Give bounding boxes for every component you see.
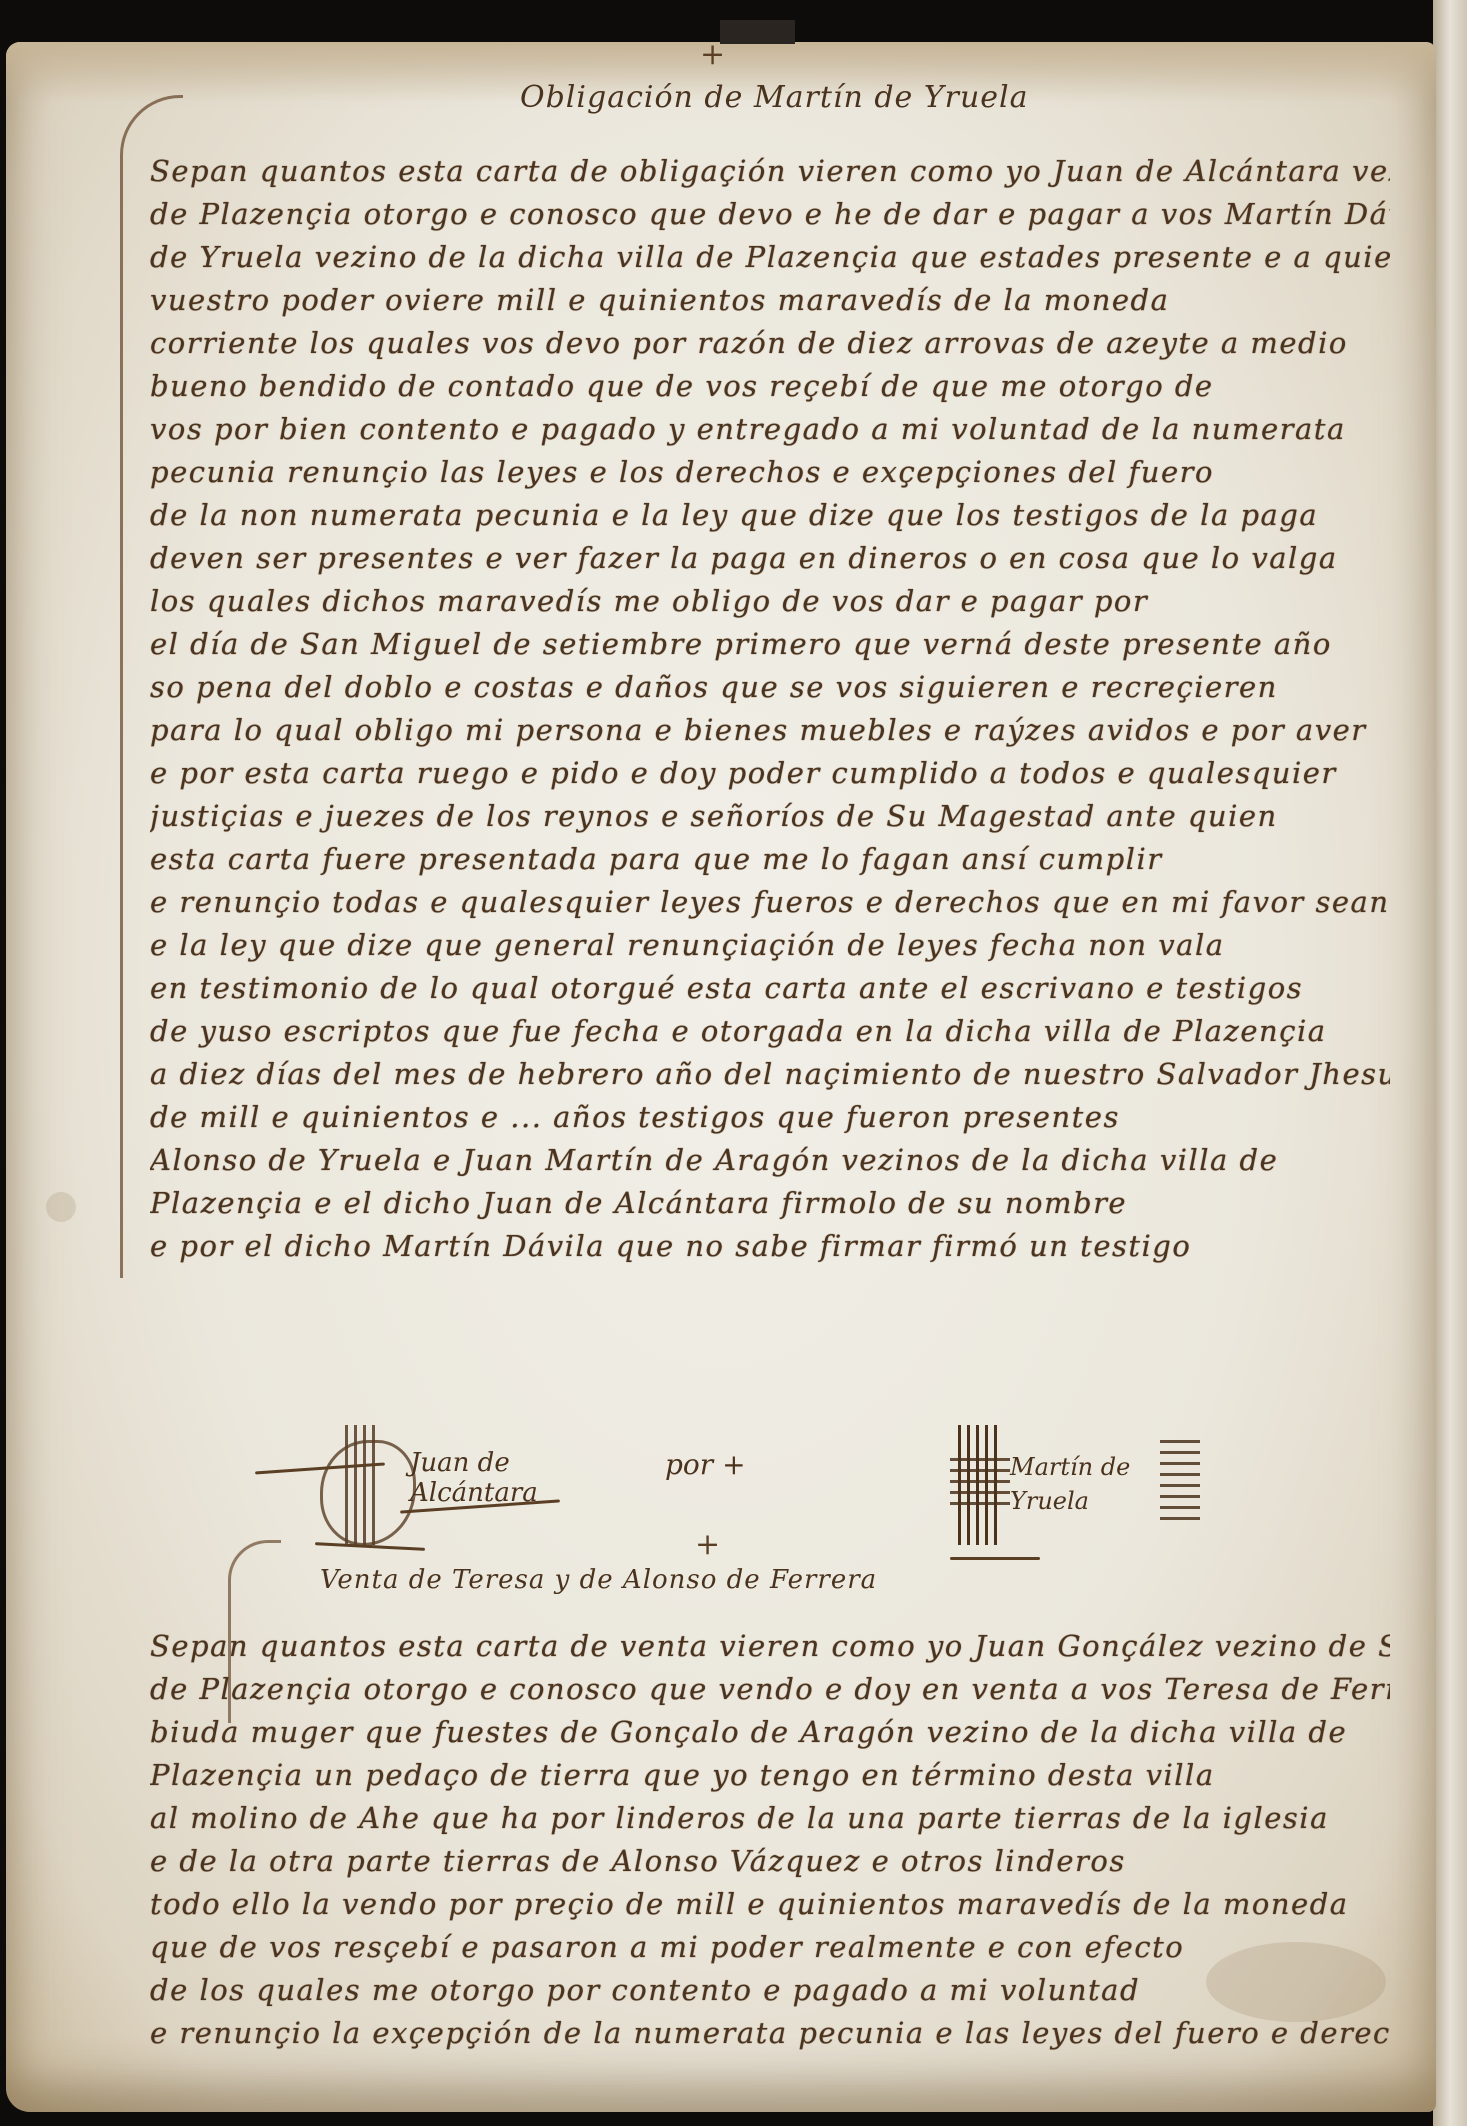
deed-1-line: el día de San Miguel de setiembre primer… [150, 623, 1390, 666]
por-witness-mark: por + [665, 1448, 746, 1481]
signature-rubric-crossbars [1160, 1440, 1200, 1520]
deed-2-line: e renunçio la exçepçión de la numerata p… [150, 2012, 1390, 2055]
deed-1-line: de Yruela vezino de la dicha villa de Pl… [150, 236, 1390, 279]
deed-2-title: Venta de Teresa y de Alonso de Ferrera [320, 1565, 877, 1595]
deed-1-line: Sepan quantos esta carta de obligaçión v… [150, 150, 1390, 193]
header-cross-mark: + [700, 40, 725, 70]
deed-1-line: vuestro poder oviere mill e quinientos m… [150, 279, 1390, 322]
deed-2-line: que de vos resçebí e pasaron a mi poder … [150, 1926, 1390, 1969]
deed-1-line: Plazençia e el dicho Juan de Alcántara f… [150, 1182, 1390, 1225]
deed-1-line: e renunçio todas e qualesquier leyes fue… [150, 881, 1390, 924]
deed-1-line: esta carta fuere presentada para que me … [150, 838, 1390, 881]
deed-1-line: de Plazençia otorgo e conosco que devo e… [150, 193, 1390, 236]
deed-1-line: bueno bendido de contado que de vos reçe… [150, 365, 1390, 408]
deed-1-title: Obligación de Martín de Yruela [520, 80, 1029, 115]
deed-1-line: justiçias e juezes de los reynos e señor… [150, 795, 1390, 838]
signature-name: Martín de Yruela [1010, 1450, 1160, 1518]
signature-rubric-crossbars [950, 1455, 1010, 1505]
deed-1-line: los quales dichos maravedís me obligo de… [150, 580, 1390, 623]
deed-1-line: a diez días del mes de hebrero año del n… [150, 1053, 1390, 1096]
deed-2-line: e de la otra parte tierras de Alonso Váz… [150, 1840, 1390, 1883]
signature-flourish [950, 1557, 1040, 1560]
deed-1-line: deven ser presentes e ver fazer la paga … [150, 537, 1390, 580]
deed-1-line: pecunia renunçio las leyes e los derecho… [150, 451, 1390, 494]
deed-2-body: Sepan quantos esta carta de venta vieren… [150, 1625, 1390, 2055]
deed-1-line: para lo qual obligo mi persona e bienes … [150, 709, 1390, 752]
deed-1-line: so pena del doblo e costas e daños que s… [150, 666, 1390, 709]
deed-1-line: vos por bien contento e pagado y entrega… [150, 408, 1390, 451]
deed-1-line: de mill e quinientos e ... años testigos… [150, 1096, 1390, 1139]
deed-1-body: Sepan quantos esta carta de obligaçión v… [150, 150, 1390, 1268]
deed-1-line: Alonso de Yruela e Juan Martín de Aragón… [150, 1139, 1390, 1182]
deed-2-line: de los quales me otorgo por contento e p… [150, 1969, 1390, 2012]
deed-2-line: de Plazençia otorgo e conosco que vendo … [150, 1668, 1390, 1711]
deed-1-line: de yuso escriptos que fue fecha e otorga… [150, 1010, 1390, 1053]
deed-1-line: e la ley que dize que general renunçiaçi… [150, 924, 1390, 967]
deed-2-cross-mark: + [695, 1530, 720, 1560]
deed-1-line: en testimonio de lo qual otorgué esta ca… [150, 967, 1390, 1010]
ink-stain [46, 1192, 76, 1222]
deed-1-line: corriente los quales vos devo por razón … [150, 322, 1390, 365]
deed-2-line: biuda muger que fuestes de Gonçalo de Ar… [150, 1711, 1390, 1754]
deed-2-line: Plazençia un pedaço de tierra que yo ten… [150, 1754, 1390, 1797]
deed-2-line: Sepan quantos esta carta de venta vieren… [150, 1625, 1390, 1668]
deed-1-line: e por esta carta ruego e pido e doy pode… [150, 752, 1390, 795]
deed-2-line: todo ello la vendo por preçio de mill e … [150, 1883, 1390, 1926]
deed-2-line: al molino de Ahe que ha por linderos de … [150, 1797, 1390, 1840]
binding-tab [720, 20, 795, 44]
adjacent-page-edge [1433, 0, 1467, 2126]
deed-1-line: e por el dicho Martín Dávila que no sabe… [150, 1225, 1390, 1268]
deed-1-line: de la non numerata pecunia e la ley que … [150, 494, 1390, 537]
